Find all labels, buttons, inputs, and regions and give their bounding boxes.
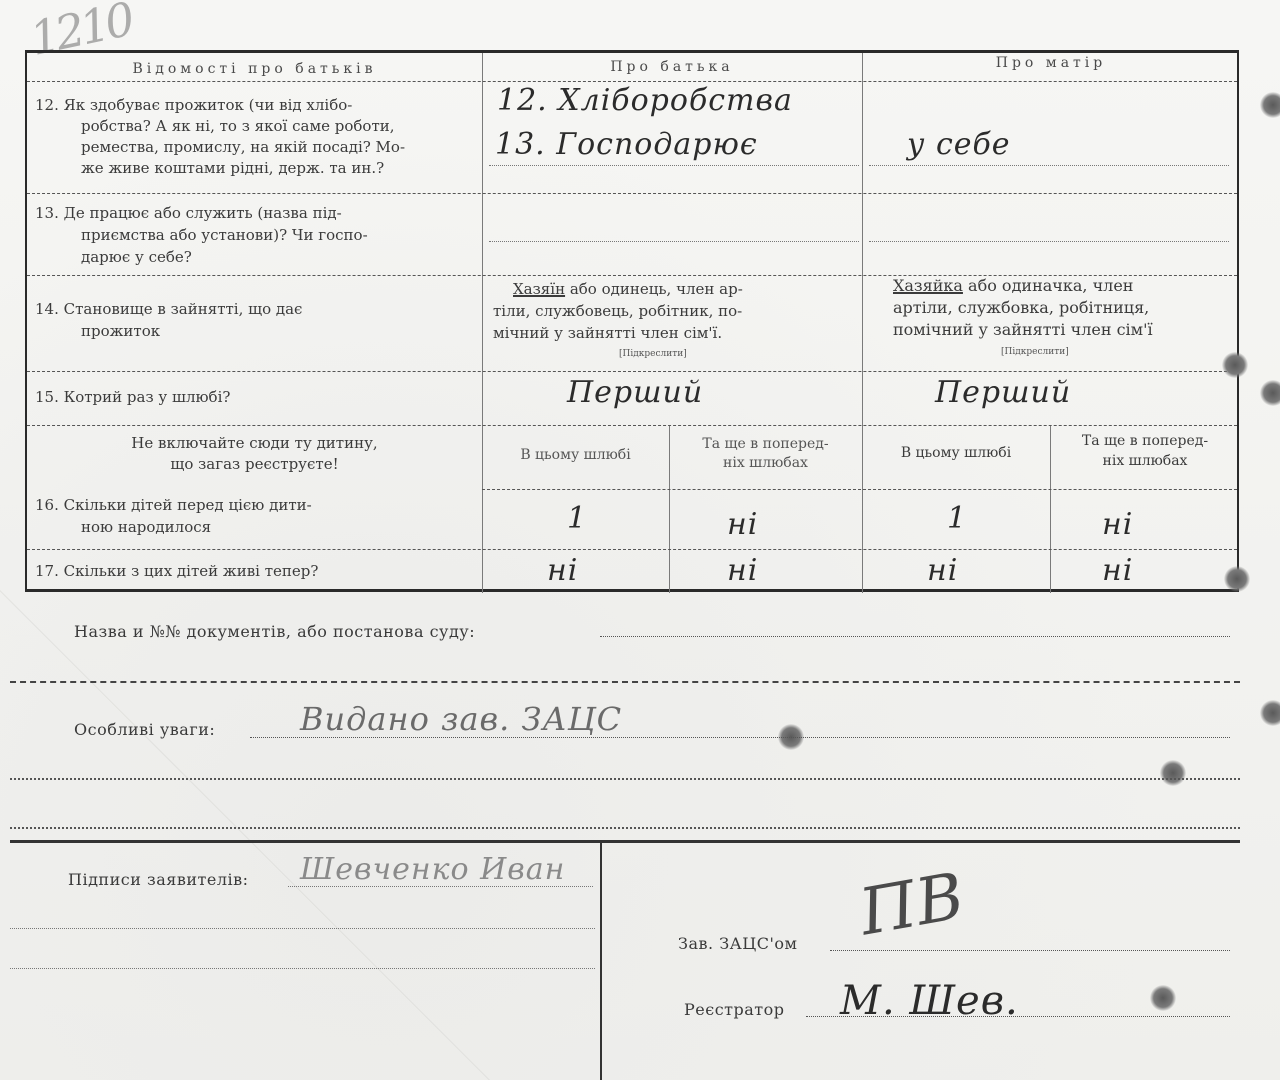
header-mother: Про матір — [862, 53, 1240, 74]
mother-prev-marriages-header-line2: ніх шлюбах — [1050, 451, 1240, 472]
father-children-alive-this: ні — [547, 553, 578, 588]
father-children-this-marriage: 1 — [567, 501, 587, 536]
father-workplace-handwritten: 13. Господарює — [495, 127, 758, 162]
documents-continuation-line[interactable] — [10, 681, 1240, 683]
ink-blot — [1160, 760, 1186, 786]
father-status-selected[interactable]: Хазяїн — [513, 280, 565, 298]
exclude-note-line2: що загаз реєструєте! — [27, 454, 482, 475]
fill-line — [489, 241, 859, 242]
exclude-note-line1: Не включайте сюди ту дитину, — [27, 433, 482, 454]
father-status-options-line1: Хазяїн або одинець, член ар- — [513, 279, 743, 300]
question-13-line1: 13. Де працює або служить (назва під- — [35, 203, 342, 224]
mother-status-options-line3: помічний у зайнятті член сім'ї — [893, 319, 1153, 340]
question-16-line1: 16. Скільки дітей перед цією дити- — [35, 495, 312, 516]
mother-children-alive-prev: ні — [1102, 553, 1133, 588]
column-divider — [862, 53, 863, 593]
ink-blot — [1150, 985, 1176, 1011]
mother-status-text: або одиначка, член — [963, 276, 1134, 295]
row-divider — [27, 549, 1237, 550]
question-16-line2: ною народилося — [81, 517, 211, 538]
head-of-registry-label: Зав. ЗАЦС'ом — [678, 934, 797, 953]
column-divider — [482, 53, 483, 593]
remarks-handwritten: Видано зав. ЗАЦС — [300, 700, 622, 738]
head-of-registry-line[interactable] — [830, 950, 1230, 951]
applicants-signature-label: Підписи заявителів: — [68, 870, 249, 889]
father-children-prev-marriages: ні — [727, 507, 758, 542]
registrar-label: Реєстратор — [684, 1000, 785, 1019]
ink-blot — [1222, 352, 1248, 378]
question-14-line2: прожиток — [81, 321, 160, 342]
remarks-continuation-line-1[interactable] — [10, 778, 1240, 780]
mother-prev-marriages-header-line1: Та ще в поперед- — [1050, 431, 1240, 452]
father-status-text: або одинець, член ар- — [565, 280, 743, 298]
father-status-options-line3: мічний у зайнятті член сім'ї. — [493, 323, 722, 344]
mother-status-options-line2: артіли, службовка, робітниця, — [893, 297, 1149, 318]
father-occupation-handwritten: 12. Хліборобства — [497, 83, 793, 118]
row-divider — [27, 425, 1237, 426]
documents-input-line[interactable] — [600, 636, 1230, 637]
applicants-signature-line-3[interactable] — [10, 968, 595, 969]
underline-note-mother: [Підкреслити] — [1001, 347, 1069, 357]
ink-blot — [1260, 92, 1280, 118]
fill-line — [489, 165, 859, 166]
signature-column-divider — [600, 843, 602, 1080]
question-13-line3: дарює у себе? — [81, 247, 192, 268]
signature-section-divider — [10, 840, 1240, 843]
applicants-signature-line[interactable] — [288, 886, 593, 887]
question-15: 15. Котрий раз у шлюбі? — [35, 387, 230, 408]
header-father: Про батька — [482, 57, 862, 78]
father-marriage-count: Перший — [567, 375, 703, 410]
father-children-alive-prev: ні — [727, 553, 758, 588]
father-prev-marriages-header-line2: ніх шлюбах — [669, 453, 862, 474]
mother-this-marriage-header: В цьому шлюбі — [862, 443, 1050, 464]
registrar-signature: М. Шев. — [840, 978, 1019, 1024]
mother-marriage-count: Перший — [935, 375, 1071, 410]
remarks-continuation-line-2[interactable] — [10, 827, 1240, 829]
row-divider — [482, 489, 1237, 490]
mother-workplace-handwritten: у себе — [907, 127, 1011, 162]
mother-status-options-line1: Хазяйка або одиначка, член — [893, 275, 1133, 296]
mother-children-prev-marriages: ні — [1102, 507, 1133, 542]
fill-line — [869, 165, 1229, 166]
ink-blot — [1260, 700, 1280, 726]
father-status-options-line2: тіли, службовець, робітник, по- — [493, 301, 742, 322]
remarks-label: Особливі уваги: — [74, 720, 215, 739]
question-12-line3: ремества, промислу, на якій посаді? Мо- — [81, 137, 405, 158]
parents-info-table: Відомості про батьків Про батька Про мат… — [25, 50, 1239, 592]
ink-blot — [1260, 380, 1280, 406]
father-this-marriage-header: В цьому шлюбі — [482, 445, 669, 466]
mother-children-alive-this: ні — [927, 553, 958, 588]
question-17: 17. Скільки з цих дітей живі тепер? — [35, 561, 318, 582]
question-13-line2: приємства або установи)? Чи госпо- — [81, 225, 368, 246]
mother-status-selected[interactable]: Хазяйка — [893, 276, 963, 295]
row-divider — [27, 193, 1237, 194]
fill-line — [869, 241, 1229, 242]
underline-note-father: [Підкреслити] — [619, 349, 687, 359]
row-divider — [27, 371, 1237, 372]
applicants-signature: Шевченко Иван — [300, 852, 565, 887]
question-12-line4: же живе коштами рідні, держ. та ин.? — [81, 158, 384, 179]
question-12-line2: робства? А як ні, то з якої саме роботи, — [81, 116, 395, 137]
documents-label: Назва и №№ документів, або постанова суд… — [74, 622, 475, 641]
mother-children-this-marriage: 1 — [947, 501, 967, 536]
question-12-line1: 12. Як здобуває прожиток (чи від хлібо- — [35, 95, 352, 116]
ink-blot — [1224, 566, 1250, 592]
father-prev-marriages-header-line1: Та ще в поперед- — [669, 434, 862, 455]
row-divider — [27, 81, 1237, 82]
question-14-line1: 14. Становище в зайнятті, що дає — [35, 299, 302, 320]
header-parents-info: Відомості про батьків — [27, 59, 482, 80]
applicants-signature-line-2[interactable] — [10, 928, 595, 929]
